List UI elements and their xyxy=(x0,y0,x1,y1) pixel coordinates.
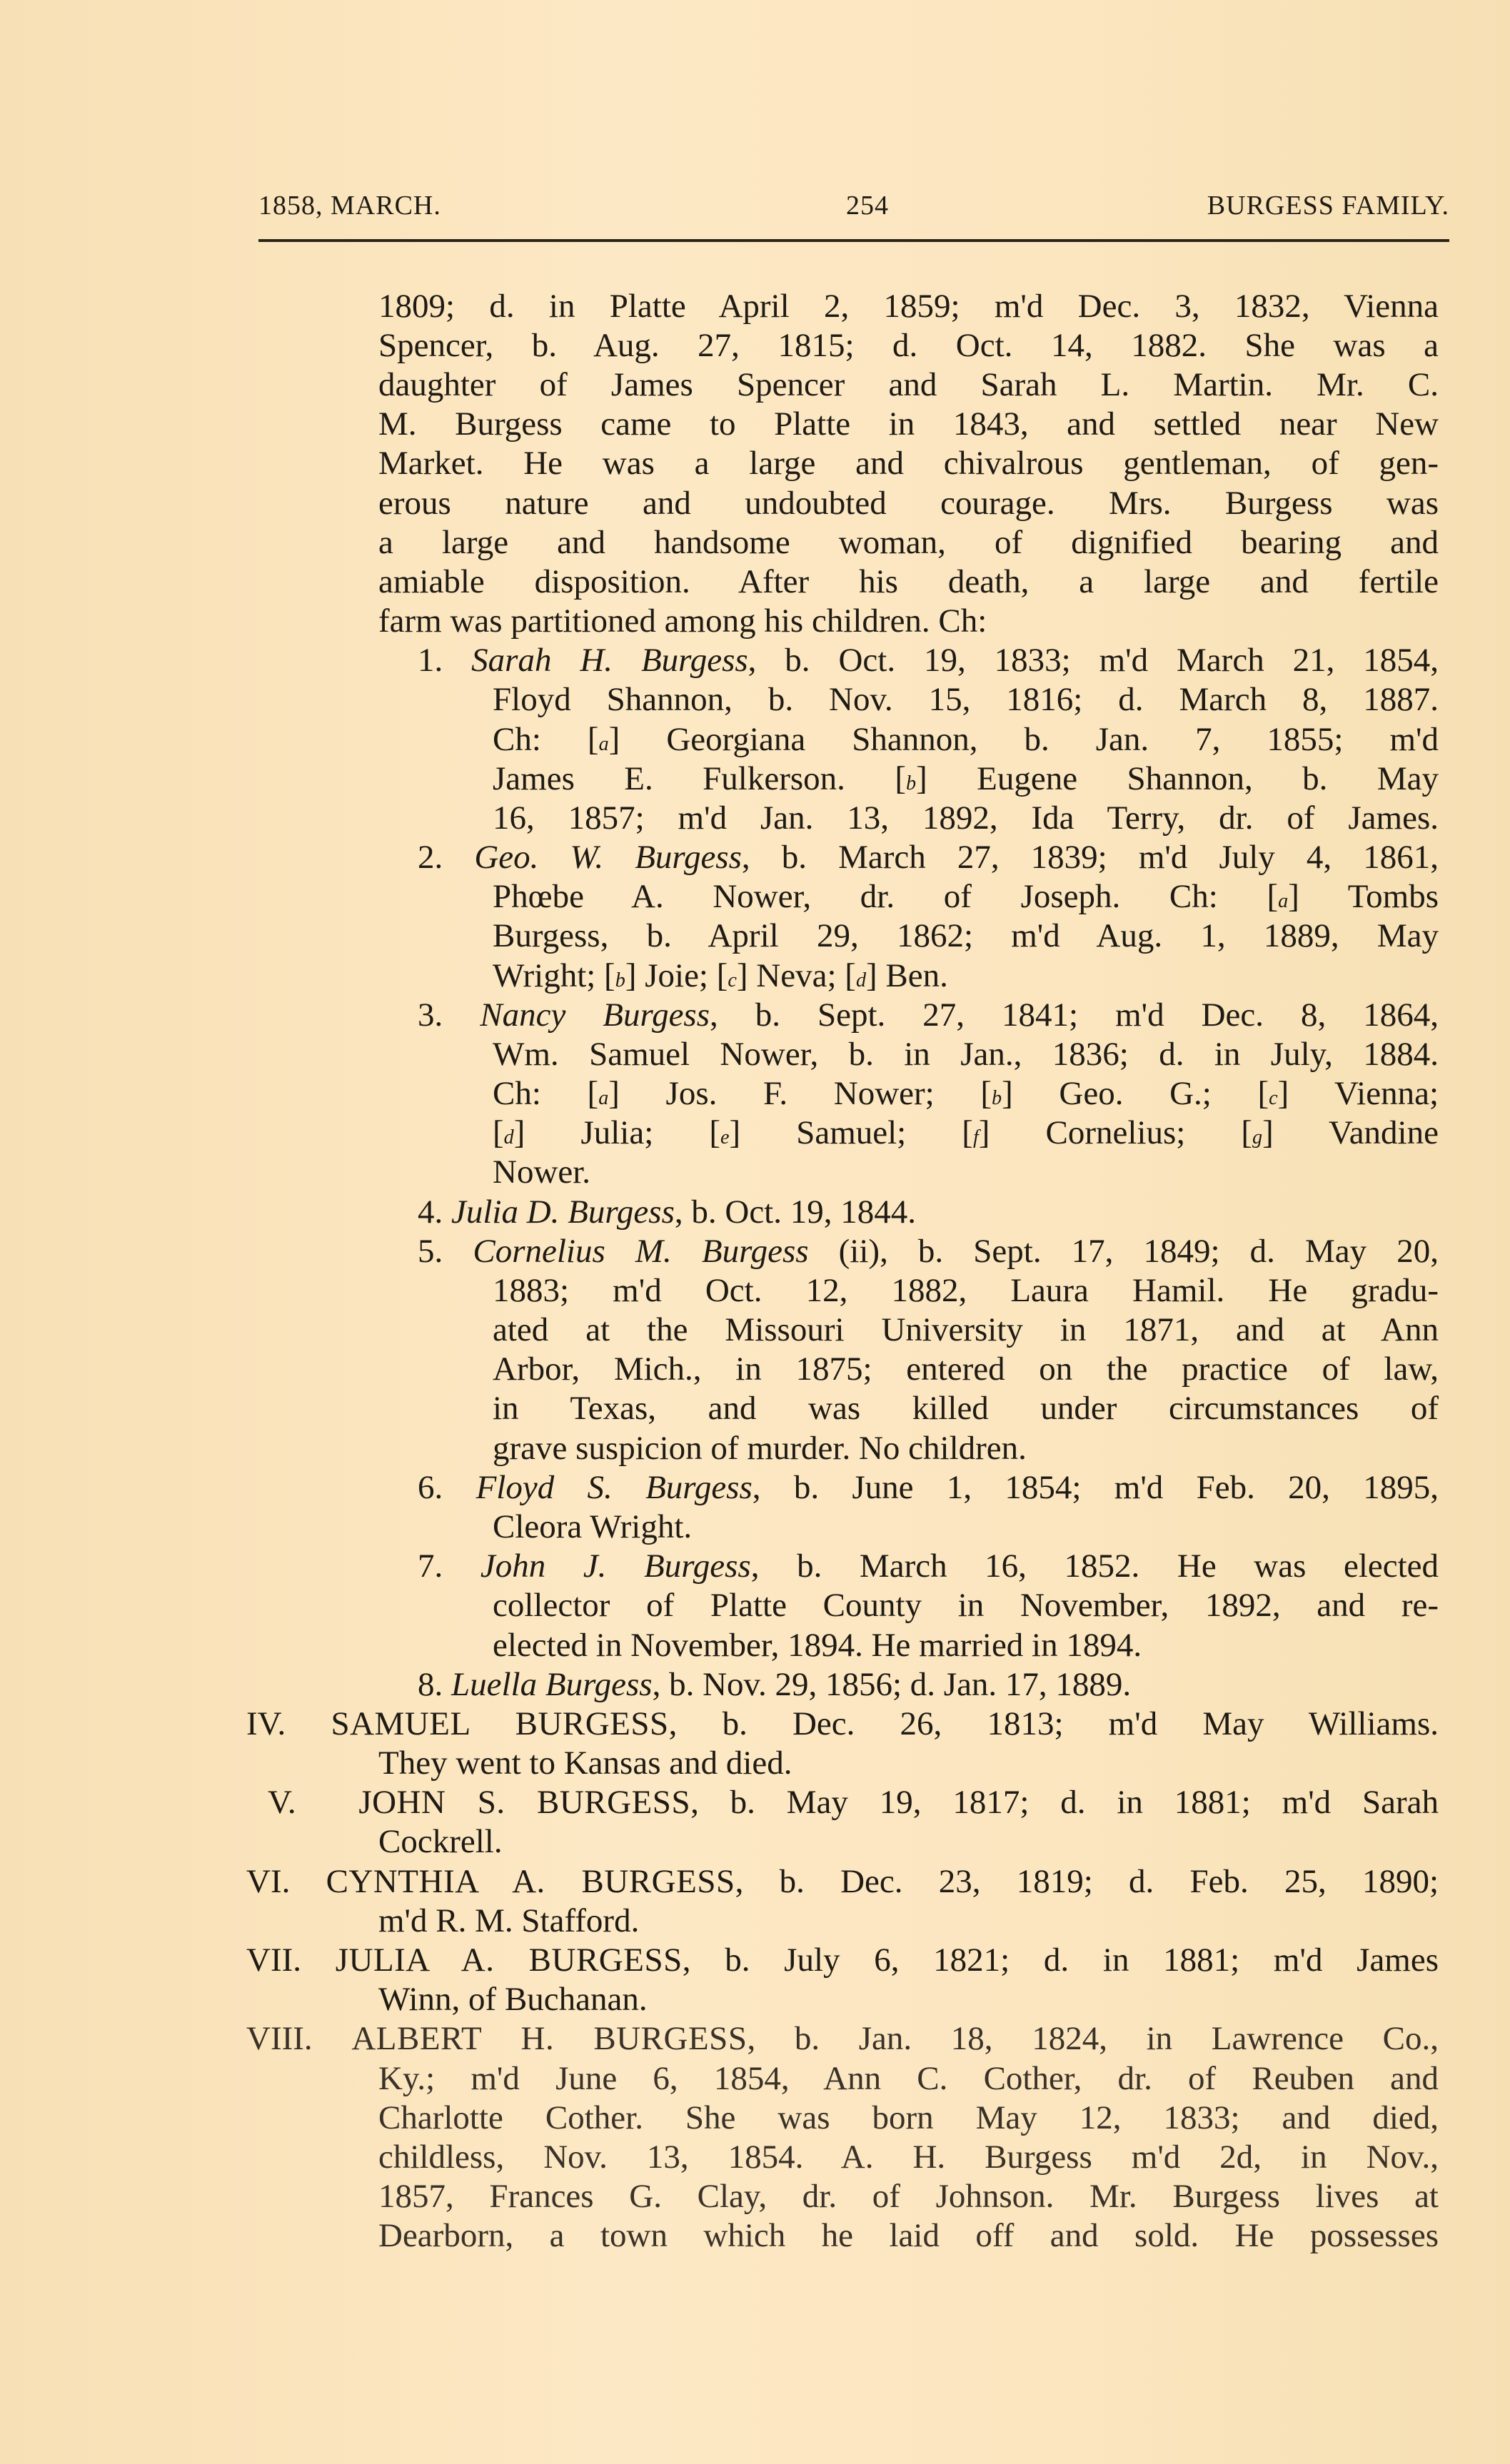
sibling-details: , b. July 6, 1821; d. in 1881; m'd James xyxy=(683,1942,1439,1979)
header-rule xyxy=(258,239,1449,242)
intro-line: Market. He was a large and chivalrous ge… xyxy=(378,444,1439,483)
sibling-name: JULIA A. BURGESS xyxy=(336,1942,683,1979)
child-entry-1: 1. Sarah H. Burgess, b. Oct. 19, 1833; m… xyxy=(418,641,1439,680)
sibling-line: They went to Kansas and died. xyxy=(378,1744,1439,1783)
sibling-line: childless, Nov. 13, 1854. A. H. Burgess … xyxy=(378,2138,1439,2177)
child-number: 3. xyxy=(418,996,443,1034)
intro-line: daughter of James Spencer and Sarah L. M… xyxy=(378,365,1439,405)
intro-line: amiable disposition. After his death, a … xyxy=(378,562,1439,602)
child-name: Geo. W. Burgess xyxy=(474,839,742,876)
child-line: Arbor, Mich., in 1875; entered on the pr… xyxy=(493,1350,1439,1389)
sibling-line: Winn, of Buchanan. xyxy=(378,1980,1439,2019)
sibling-name: SAMUEL BURGESS xyxy=(331,1705,668,1742)
running-header: 1858, MARCH. 254 BURGESS FAMILY. xyxy=(258,190,1449,226)
sibling-entry-vii: VII. JULIA A. BURGESS, b. July 6, 1821; … xyxy=(246,1941,1439,1980)
sibling-name: ALBERT H. BURGESS xyxy=(351,2020,747,2057)
child-line: elected in November, 1894. He married in… xyxy=(493,1626,1439,1665)
sibling-details: , b. Dec. 26, 1813; m'd May Williams. xyxy=(669,1705,1439,1742)
sibling-entry-vi: VI. CYNTHIA A. BURGESS, b. Dec. 23, 1819… xyxy=(246,1862,1439,1902)
child-line: 1883; m'd Oct. 12, 1882, Laura Hamil. He… xyxy=(493,1271,1439,1311)
child-line: Nower. xyxy=(493,1153,1439,1192)
child-number: 8. xyxy=(418,1666,443,1703)
child-details: , b. March 27, 1839; m'd July 4, 1861, xyxy=(742,839,1439,876)
child-line: in Texas, and was killed under circumsta… xyxy=(493,1389,1439,1428)
sibling-line: Cockrell. xyxy=(378,1822,1439,1862)
child-line: 16, 1857; m'd Jan. 13, 1892, Ida Terry, … xyxy=(493,799,1439,838)
sibling-line: Ky.; m'd June 6, 1854, Ann C. Cother, dr… xyxy=(378,2059,1439,2099)
child-entry-6: 6. Floyd S. Burgess, b. June 1, 1854; m'… xyxy=(418,1468,1439,1508)
child-name: Nancy Burgess xyxy=(480,996,710,1034)
child-entry-8: 8. Luella Burgess, b. Nov. 29, 1856; d. … xyxy=(418,1665,1439,1705)
sibling-name: CYNTHIA A. BURGESS xyxy=(326,1863,735,1900)
child-number: 6. xyxy=(418,1469,443,1506)
sibling-line: Dearborn, a town which he laid off and s… xyxy=(378,2216,1439,2256)
sibling-details: , b. Jan. 18, 1824, in Lawrence Co., xyxy=(747,2020,1439,2057)
intro-line: farm was partitioned among his children.… xyxy=(378,602,1439,641)
roman-numeral: V. xyxy=(268,1784,296,1821)
child-number: 5. xyxy=(418,1233,443,1270)
child-line: James E. Fulkerson. [b] Eugene Shannon, … xyxy=(493,759,1439,799)
child-name: John J. Burgess xyxy=(480,1547,751,1585)
child-line: [d] Julia; [e] Samuel; [f] Cornelius; [g… xyxy=(493,1114,1439,1153)
sibling-entry-v: V. JOHN S. BURGESS, b. May 19, 1817; d. … xyxy=(268,1783,1439,1822)
child-line: collector of Platte County in November, … xyxy=(493,1586,1439,1625)
child-entry-5: 5. Cornelius M. Burgess (ii), b. Sept. 1… xyxy=(418,1232,1439,1271)
child-entry-4: 4. Julia D. Burgess, b. Oct. 19, 1844. xyxy=(418,1193,1439,1232)
child-line: Ch: [a] Georgiana Shannon, b. Jan. 7, 18… xyxy=(493,720,1439,759)
child-name: Cornelius M. Burgess xyxy=(473,1233,808,1270)
child-entry-3: 3. Nancy Burgess, b. Sept. 27, 1841; m'd… xyxy=(418,996,1439,1035)
page-number: 254 xyxy=(846,190,889,221)
intro-line: 1809; d. in Platte April 2, 1859; m'd De… xyxy=(378,287,1439,326)
roman-numeral: VII. xyxy=(246,1942,301,1979)
intro-line: M. Burgess came to Platte in 1843, and s… xyxy=(378,405,1439,444)
sibling-line: Charlotte Cother. She was born May 12, 1… xyxy=(378,2099,1439,2138)
sibling-details: , b. Dec. 23, 1819; d. Feb. 25, 1890; xyxy=(735,1863,1439,1900)
sibling-details: , b. May 19, 1817; d. in 1881; m'd Sarah xyxy=(690,1784,1439,1821)
child-number: 7. xyxy=(418,1547,443,1585)
header-date: 1858, MARCH. xyxy=(258,190,441,221)
child-line: Burgess, b. April 29, 1862; m'd Aug. 1, … xyxy=(493,917,1439,956)
intro-line: Spencer, b. Aug. 27, 1815; d. Oct. 14, 1… xyxy=(378,326,1439,365)
child-entry-7: 7. John J. Burgess, b. March 16, 1852. H… xyxy=(418,1547,1439,1586)
child-number: 1. xyxy=(418,642,443,679)
child-name: Floyd S. Burgess xyxy=(476,1469,753,1506)
child-line: Wm. Samuel Nower, b. in Jan., 1836; d. i… xyxy=(493,1035,1439,1074)
child-name: Luella Burgess xyxy=(451,1666,653,1703)
intro-line: a large and handsome woman, of dignified… xyxy=(378,523,1439,562)
sibling-line: 1857, Frances G. Clay, dr. of Johnson. M… xyxy=(378,2177,1439,2216)
child-name: Sarah H. Burgess xyxy=(471,642,748,679)
child-details: , b. Oct. 19, 1833; m'd March 21, 1854, xyxy=(748,642,1439,679)
child-details: , b. Oct. 19, 1844. xyxy=(675,1193,916,1231)
child-line: Ch: [a] Jos. F. Nower; [b] Geo. G.; [c] … xyxy=(493,1074,1439,1114)
child-line: Phœbe A. Nower, dr. of Joseph. Ch: [a] T… xyxy=(493,877,1439,917)
child-line: grave suspicion of murder. No children. xyxy=(493,1429,1439,1468)
child-details: , b. June 1, 1854; m'd Feb. 20, 1895, xyxy=(753,1469,1439,1506)
child-details: (ii), b. Sept. 17, 1849; d. May 20, xyxy=(809,1233,1439,1270)
sibling-line: m'd R. M. Stafford. xyxy=(378,1902,1439,1941)
child-line: Wright; [b] Joie; [c] Neva; [d] Ben. xyxy=(493,956,1439,996)
sibling-name: JOHN S. BURGESS xyxy=(358,1784,690,1821)
child-line: Cleora Wright. xyxy=(493,1508,1439,1547)
roman-numeral: VIII. xyxy=(246,2020,313,2057)
child-line: ated at the Missouri University in 1871,… xyxy=(493,1311,1439,1350)
roman-numeral: IV. xyxy=(246,1705,286,1742)
child-name: Julia D. Burgess xyxy=(451,1193,675,1231)
sibling-entry-iv: IV. SAMUEL BURGESS, b. Dec. 26, 1813; m'… xyxy=(246,1705,1439,1744)
child-details: , b. March 16, 1852. He was elected xyxy=(751,1547,1439,1585)
child-line: Floyd Shannon, b. Nov. 15, 1816; d. Marc… xyxy=(493,680,1439,719)
header-title: BURGESS FAMILY. xyxy=(1207,190,1449,221)
child-details: , b. Sept. 27, 1841; m'd Dec. 8, 1864, xyxy=(710,996,1439,1034)
child-number: 4. xyxy=(418,1193,443,1231)
child-number: 2. xyxy=(418,839,443,876)
child-details: , b. Nov. 29, 1856; d. Jan. 17, 1889. xyxy=(653,1666,1132,1703)
sibling-entry-viii: VIII. ALBERT H. BURGESS, b. Jan. 18, 182… xyxy=(246,2019,1439,2059)
roman-numeral: VI. xyxy=(246,1863,290,1900)
child-entry-2: 2. Geo. W. Burgess, b. March 27, 1839; m… xyxy=(418,838,1439,877)
intro-line: erous nature and undoubted courage. Mrs.… xyxy=(378,484,1439,523)
